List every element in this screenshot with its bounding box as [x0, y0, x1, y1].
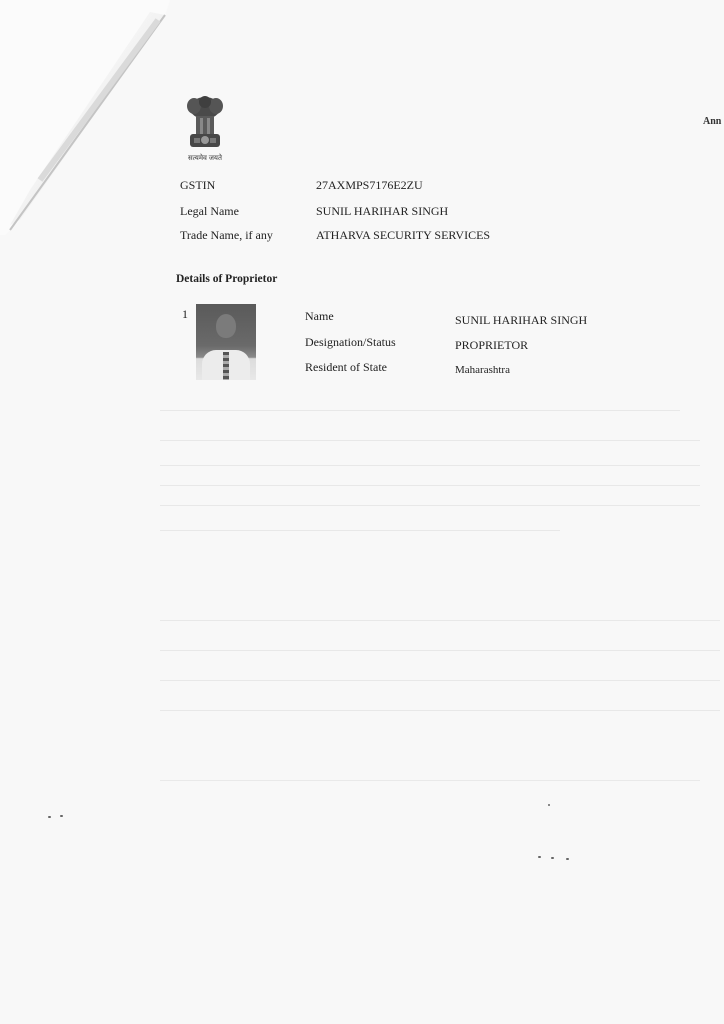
proprietor-name-label: Name — [305, 309, 334, 324]
trade-name-value: ATHARVA SECURITY SERVICES — [316, 228, 490, 243]
scan-speck — [48, 816, 51, 818]
designation-value: PROPRIETOR — [455, 338, 528, 353]
proprietor-photo — [196, 304, 256, 380]
reverse-side-bleed-through — [150, 380, 724, 820]
scan-speck — [60, 815, 63, 817]
resident-state-label: Resident of State — [305, 360, 387, 375]
designation-label: Designation/Status — [305, 335, 396, 350]
proprietor-section-title: Details of Proprietor — [176, 273, 277, 285]
lion-capital-icon — [180, 92, 230, 154]
scanned-document-page: Ann सत्यमेव जयते GSTIN 27AXMPS7176E2ZU L… — [0, 0, 724, 1024]
scan-speck — [566, 858, 569, 860]
resident-state-value: Maharashtra — [455, 364, 510, 376]
legal-name-value: SUNIL HARIHAR SINGH — [316, 204, 448, 219]
emblem-motto: सत्यमेव जयते — [180, 154, 230, 163]
gstin-label: GSTIN — [180, 178, 215, 193]
legal-name-label: Legal Name — [180, 204, 239, 219]
photo-tie — [223, 352, 229, 380]
scan-speck — [551, 857, 554, 859]
gstin-value: 27AXMPS7176E2ZU — [316, 178, 423, 193]
scan-speck — [548, 804, 550, 806]
proprietor-serial-number: 1 — [182, 307, 188, 322]
scan-speck — [538, 856, 541, 858]
trade-name-label: Trade Name, if any — [180, 228, 273, 243]
national-emblem-logo: सत्यमेव जयते — [180, 92, 230, 166]
photo-head — [216, 314, 236, 338]
proprietor-name-value: SUNIL HARIHAR SINGH — [455, 313, 587, 328]
annexure-label: Ann — [703, 116, 721, 127]
folded-corner-crease — [0, 0, 190, 250]
